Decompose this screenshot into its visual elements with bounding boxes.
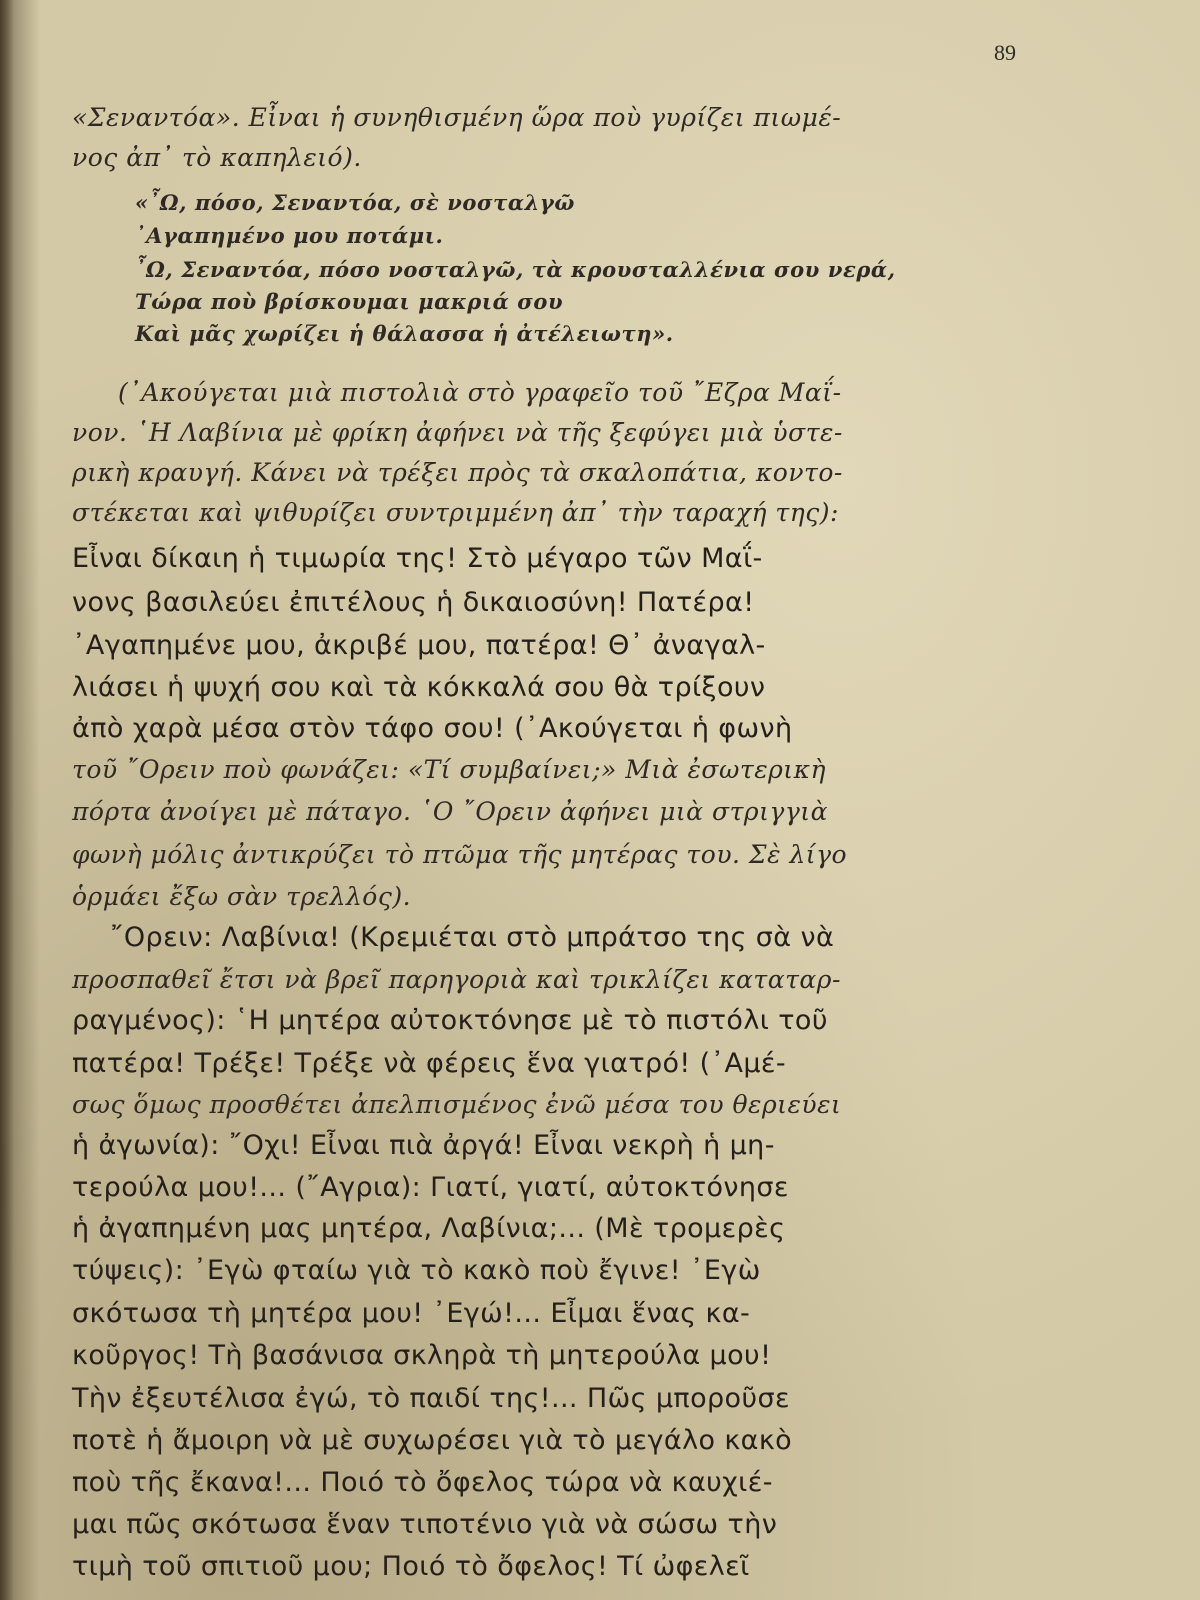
body-line: νον. ῾Η Λαβίνια μὲ φρίκη ἀφήνει νὰ τῆς ξ…	[72, 418, 843, 447]
body-line: ποτὲ ἡ ἄμοιρη νὰ μὲ συχωρέσει γιὰ τὸ μεγ…	[72, 1425, 792, 1456]
speaker-line-orin: ῎Ορειν: Λαβίνια! (Κρεμιέται στὸ μπράτσο …	[110, 922, 834, 953]
body-line: ᾽Αγαπημένε μου, ἀκριβέ μου, πατέρα! Θ᾽ ἀ…	[72, 630, 766, 661]
verse-line: Τώρα ποὺ βρίσκουμαι μακριά σου	[135, 289, 563, 314]
page-gutter-shadow	[0, 0, 14, 1600]
body-line: ποὺ τῆς ἔκανα!... Ποιό τὸ ὄφελος τώρα νὰ…	[72, 1467, 773, 1498]
intro-line: νος ἀπ᾽ τὸ καπηλειό).	[72, 143, 362, 172]
body-line: ρικὴ κραυγή. Κάνει νὰ τρέξει πρὸς τὰ σκα…	[72, 458, 843, 487]
book-page: 89 «Σεναντόα». Εἶναι ἡ συνηθισμένη ὥρα π…	[0, 0, 1200, 1600]
body-line: τύψεις): ᾽Εγὼ φταίω γιὰ τὸ κακὸ ποὺ ἔγιν…	[72, 1255, 761, 1286]
body-line: ἀπὸ χαρὰ μέσα στὸν τάφο σου! (᾽Ακούγεται…	[72, 713, 793, 744]
page-number: 89	[994, 40, 1016, 66]
body-line: τερούλα μου!... (῎Αγρια): Γιατί, γιατί, …	[72, 1172, 789, 1203]
body-line: μαι πῶς σκότωσα ἕναν τιποτένιο γιὰ νὰ σώ…	[72, 1509, 777, 1540]
body-line: Εἶναι δίκαιη ἡ τιμωρία της! Στὸ μέγαρο τ…	[72, 543, 763, 574]
body-line: σως ὅμως προσθέτει ἀπελπισμένος ἐνῶ μέσα…	[72, 1090, 841, 1119]
body-line: τοῦ ῎Ορειν ποὺ φωνάζει: «Τί συμβαίνει;» …	[72, 755, 826, 784]
body-line: στέκεται καὶ ψιθυρίζει συντριμμένη ἀπ᾽ τ…	[72, 498, 839, 527]
body-line: λιάσει ἡ ψυχή σου καὶ τὰ κόκκαλά σου θὰ …	[72, 672, 765, 703]
body-line: φωνὴ μόλις ἀντικρύζει τὸ πτῶμα τῆς μητέρ…	[72, 840, 847, 869]
verse-line: ῏Ω, Σεναντόα, πόσο νοσταλγῶ, τὰ κρουσταλ…	[135, 257, 896, 282]
body-line: (᾽Ακούγεται μιὰ πιστολιὰ στὸ γραφεῖο τοῦ…	[118, 378, 842, 407]
body-line: ραγμένος): ῾Η μητέρα αὐτοκτόνησε μὲ τὸ π…	[72, 1005, 828, 1036]
body-line: πατέρα! Τρέξε! Τρέξε νὰ φέρεις ἕνα γιατρ…	[72, 1048, 786, 1079]
body-line: νονς βασιλεύει ἐπιτέλους ἡ δικαιοσύνη! Π…	[72, 587, 754, 618]
body-line: ἡ ἀγαπημένη μας μητέρα, Λαβίνια;... (Μὲ …	[72, 1213, 785, 1244]
body-line: ὁρμάει ἔξω σὰν τρελλός).	[72, 882, 411, 911]
body-line: κοῦργος! Τὴ βασάνισα σκληρὰ τὴ μητερούλα…	[72, 1340, 771, 1371]
body-line: τιμὴ τοῦ σπιτιοῦ μου; Ποιό τὸ ὄφελος! Τί…	[72, 1551, 750, 1582]
body-line: προσπαθεῖ ἔτσι νὰ βρεῖ παρηγοριὰ καὶ τρι…	[72, 965, 841, 994]
verse-line: Καὶ μᾶς χωρίζει ἡ θάλασσα ἡ ἀτέλειωτη».	[135, 321, 674, 346]
verse-line: ᾽Αγαπημένο μου ποτάμι.	[135, 223, 443, 248]
body-line: πόρτα ἀνοίγει μὲ πάταγο. ῾Ο ῎Ορειν ἀφήνε…	[72, 797, 828, 826]
body-line: σκότωσα τὴ μητέρα μου! ᾽Εγώ!... Εἶμαι ἕν…	[72, 1298, 750, 1329]
verse-line: «῏Ω, πόσο, Σεναντόα, σὲ νοσταλγῶ	[135, 190, 575, 215]
body-line: ἡ ἀγωνία): ῎Οχι! Εἶναι πιὰ ἀργά! Εἶναι ν…	[72, 1130, 775, 1161]
body-line: Τὴν ἐξευτέλισα ἐγώ, τὸ παιδί της!... Πῶς…	[72, 1383, 790, 1414]
intro-line: «Σεναντόα». Εἶναι ἡ συνηθισμένη ὥρα ποὺ …	[72, 103, 841, 132]
